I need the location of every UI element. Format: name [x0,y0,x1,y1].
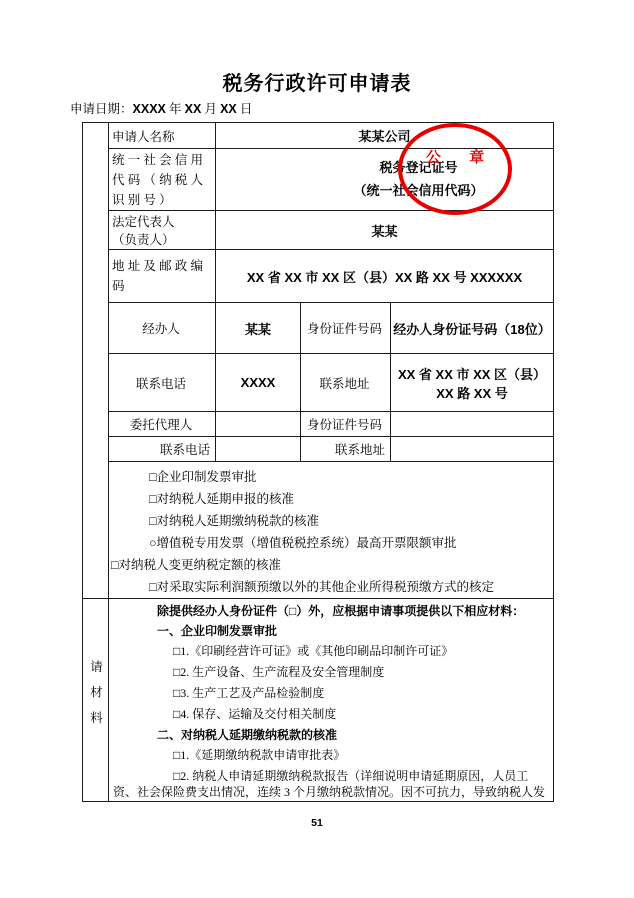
date-month-suffix: 月 [201,102,220,116]
materials-section1-title: 一、企业印制发票审批 [113,623,548,639]
agent-label: 经办人 [109,303,216,354]
left-gutter-cell [83,123,109,599]
date-day-suffix: 日 [237,102,253,116]
permit-item: □对纳税人延期缴纳税款的核准 [111,510,551,532]
credit-code-label: 统一社会信用代码（纳税人识别号） [109,149,216,211]
materials-header: 除提供经办人身份证件（□）外，应根据申请事项提供以下相应材料： [113,603,548,619]
address-label: 地址及邮政编码 [109,250,216,303]
proxy-id-value [391,412,554,437]
agent-id-value: 经办人身份证号码（18位） [391,303,554,354]
permit-item: □对纳税人变更纳税定额的核准 [111,554,551,576]
agent-addr-value: XX 省 XX 市 XX 区（县）XX 路 XX 号 [391,354,554,412]
row-agent: 经办人 某某 身份证件号码 经办人身份证号码（18位） [83,303,554,354]
material-item: □2. 纳税人申请延期缴纳税款报告（详细说明申请延期原因，人员工资、社会保险费支… [113,768,548,800]
date-month: XX [185,102,202,116]
material-item: □3. 生产工艺及产品检验制度 [113,685,548,701]
date-year: XXXX [133,102,166,116]
application-form-table: 申请人名称 某某公司 统一社会信用代码（纳税人识别号） 税务登记证号 （统一社会… [82,122,554,802]
legal-rep-label: 法定代表人 （负责人） [109,211,216,250]
permit-item: □对采取实际利润额预缴以外的其他企业所得税预缴方式的核定 [111,576,551,598]
materials-vertical-label: 请材料 [87,660,105,737]
material-item: □2. 生产设备、生产流程及安全管理制度 [113,664,548,680]
proxy-id-label: 身份证件号码 [301,412,391,437]
document-page: 税务行政许可申请表 申请日期：XXXX 年 XX 月 XX 日 申请人名称 某某… [0,0,634,898]
permit-items-cell: □企业印制发票审批 □对纳税人延期申报的核准 □对纳税人延期缴纳税款的核准 ○增… [109,462,554,599]
proxy-phone-value [216,437,301,462]
agent-id-label: 身份证件号码 [301,303,391,354]
page-title: 税务行政许可申请表 [0,67,634,96]
proxy-phone-label: 联系电话 [109,437,216,462]
row-address: 地址及邮政编码 XX 省 XX 市 XX 区（县）XX 路 XX 号 XXXXX… [83,250,554,303]
date-year-suffix: 年 [166,102,185,116]
row-permit-items: □企业印制发票审批 □对纳税人延期申报的核准 □对纳税人延期缴纳税款的核准 ○增… [83,462,554,599]
agent-phone-value: XXXX [216,354,301,412]
proxy-addr-label: 联系地址 [301,437,391,462]
proxy-addr-value [391,437,554,462]
permit-item: ○增值税专用发票（增值税税控系统）最高开票限额审批 [111,532,551,554]
materials-content: 除提供经办人身份证件（□）外，应根据申请事项提供以下相应材料： 一、企业印制发票… [113,603,548,800]
material-item: □1.《印刷经营许可证》或《其他印刷品印制许可证》 [113,643,548,659]
company-seal-stamp-icon: 公 章 [398,123,512,215]
materials-section2-title: 二、对纳税人延期缴纳税款的核准 [113,727,548,743]
row-proxy-phone: 联系电话 联系地址 [83,437,554,462]
materials-cell: 除提供经办人身份证件（□）外，应根据申请事项提供以下相应材料： 一、企业印制发票… [109,599,554,802]
row-agent-phone: 联系电话 XXXX 联系地址 XX 省 XX 市 XX 区（县）XX 路 XX … [83,354,554,412]
materials-sidebar-cell: 请材料 [83,599,109,802]
seal-text: 公 章 [402,146,508,167]
date-label: 申请日期： [70,102,133,116]
permit-item: □企业印制发票审批 [111,466,551,488]
date-day: XX [220,102,237,116]
agent-value: 某某 [216,303,301,354]
legal-rep-value: 某某 [216,211,554,250]
proxy-value [216,412,301,437]
application-date: 申请日期：XXXX 年 XX 月 XX 日 [70,99,252,117]
page-number: 51 [0,817,634,829]
row-proxy: 委托代理人 身份证件号码 [83,412,554,437]
agent-phone-label: 联系电话 [109,354,216,412]
proxy-label: 委托代理人 [109,412,216,437]
permit-item: □对纳税人延期申报的核准 [111,488,551,510]
row-materials: 请材料 除提供经办人身份证件（□）外，应根据申请事项提供以下相应材料： 一、企业… [83,599,554,802]
material-item: □1.《延期缴纳税款申请审批表》 [113,747,548,763]
applicant-name-label: 申请人名称 [109,123,216,149]
address-value: XX 省 XX 市 XX 区（县）XX 路 XX 号 XXXXXX [216,250,554,303]
material-item: □4. 保存、运输及交付相关制度 [113,706,548,722]
row-legal-rep: 法定代表人 （负责人） 某某 [83,211,554,250]
agent-addr-label: 联系地址 [301,354,391,412]
